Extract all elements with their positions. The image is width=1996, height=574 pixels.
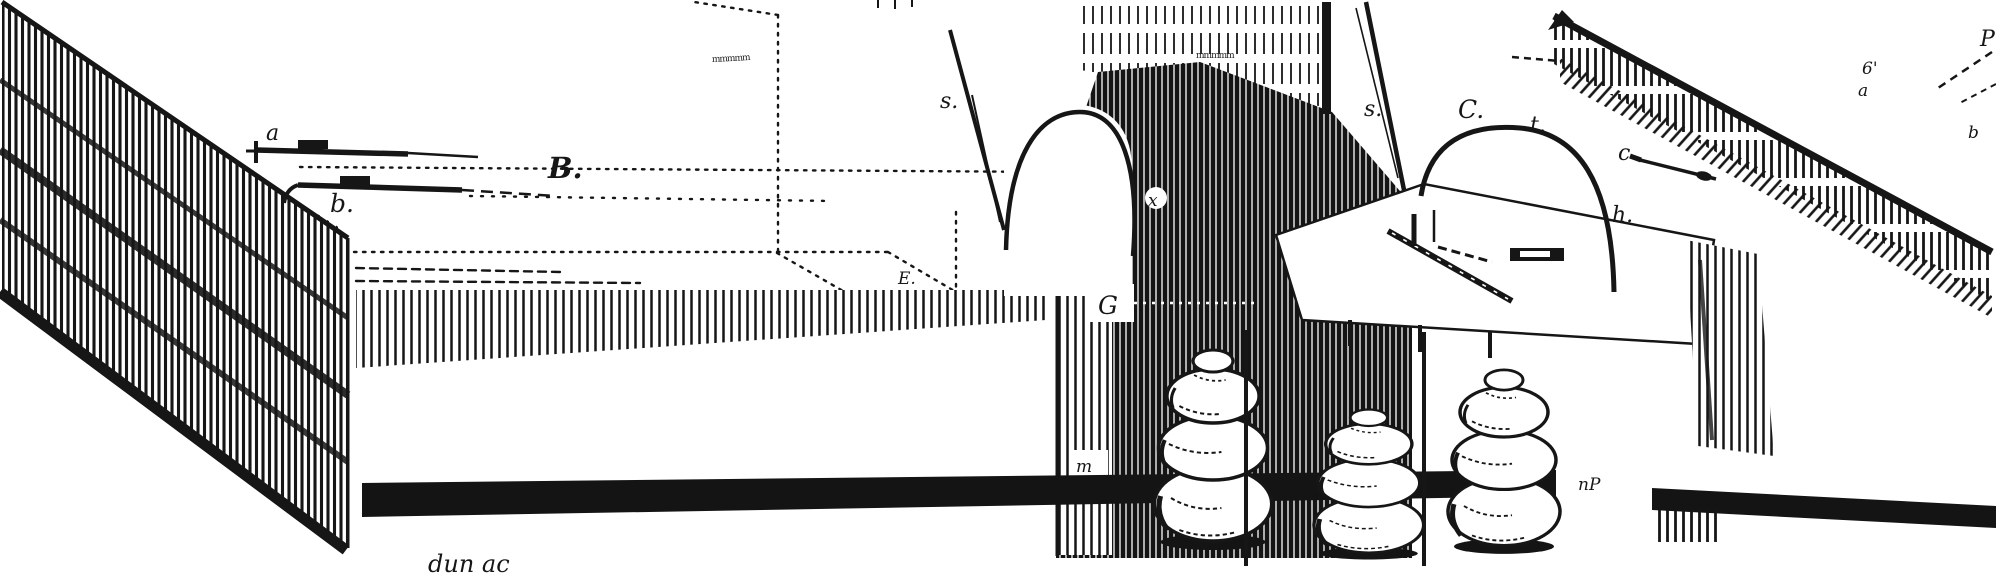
label-arch-h: h. [1612, 203, 1633, 228]
label-corner-E: E. [897, 269, 916, 289]
label-arch-t: t. [1530, 113, 1546, 138]
dashed-sight-line-2 [1958, 84, 1996, 104]
canopy-mast [1322, 2, 1331, 114]
floor-hatch-band [356, 290, 1046, 368]
far-right-marks [1938, 52, 1996, 104]
engraving-canvas: a b. B. E. mmmmm s [0, 0, 1996, 574]
micrometer-rod-a [246, 140, 478, 163]
label-rail-m: m [1076, 457, 1092, 477]
label-far-right-b: b [1968, 123, 1979, 143]
engraved-scribble-right: mmmmm [1196, 51, 1235, 61]
label-pillar-G: G [1098, 291, 1118, 320]
engraved-scribble-left: mmmmm [712, 53, 752, 65]
label-box-B: B. [547, 151, 583, 185]
label-far-right-a: a [1858, 81, 1868, 101]
caption-fragment: dun ac [428, 550, 510, 574]
label-arch-C: C. [1458, 95, 1484, 124]
label-rod-c: c [1618, 141, 1630, 166]
micrometer-rod-b [284, 176, 556, 203]
label-mark-x: x [1148, 191, 1158, 211]
label-rod-b: b. [330, 189, 354, 218]
label-far-right-6: 6' [1862, 59, 1878, 79]
rail-fringe [1656, 510, 1718, 542]
label-wire-s-right: s. [1364, 97, 1382, 122]
label-rail-nP: nP [1578, 475, 1601, 495]
top-edge-ticks [878, 0, 912, 9]
dashed-sight-line-1 [1938, 52, 1992, 88]
label-rod-a: a [266, 121, 279, 146]
insulator-stack-3 [1448, 370, 1560, 554]
left-screen [0, 2, 348, 550]
label-wire-s-left: s. [940, 89, 958, 114]
label-far-right-P: P [1979, 27, 1996, 52]
